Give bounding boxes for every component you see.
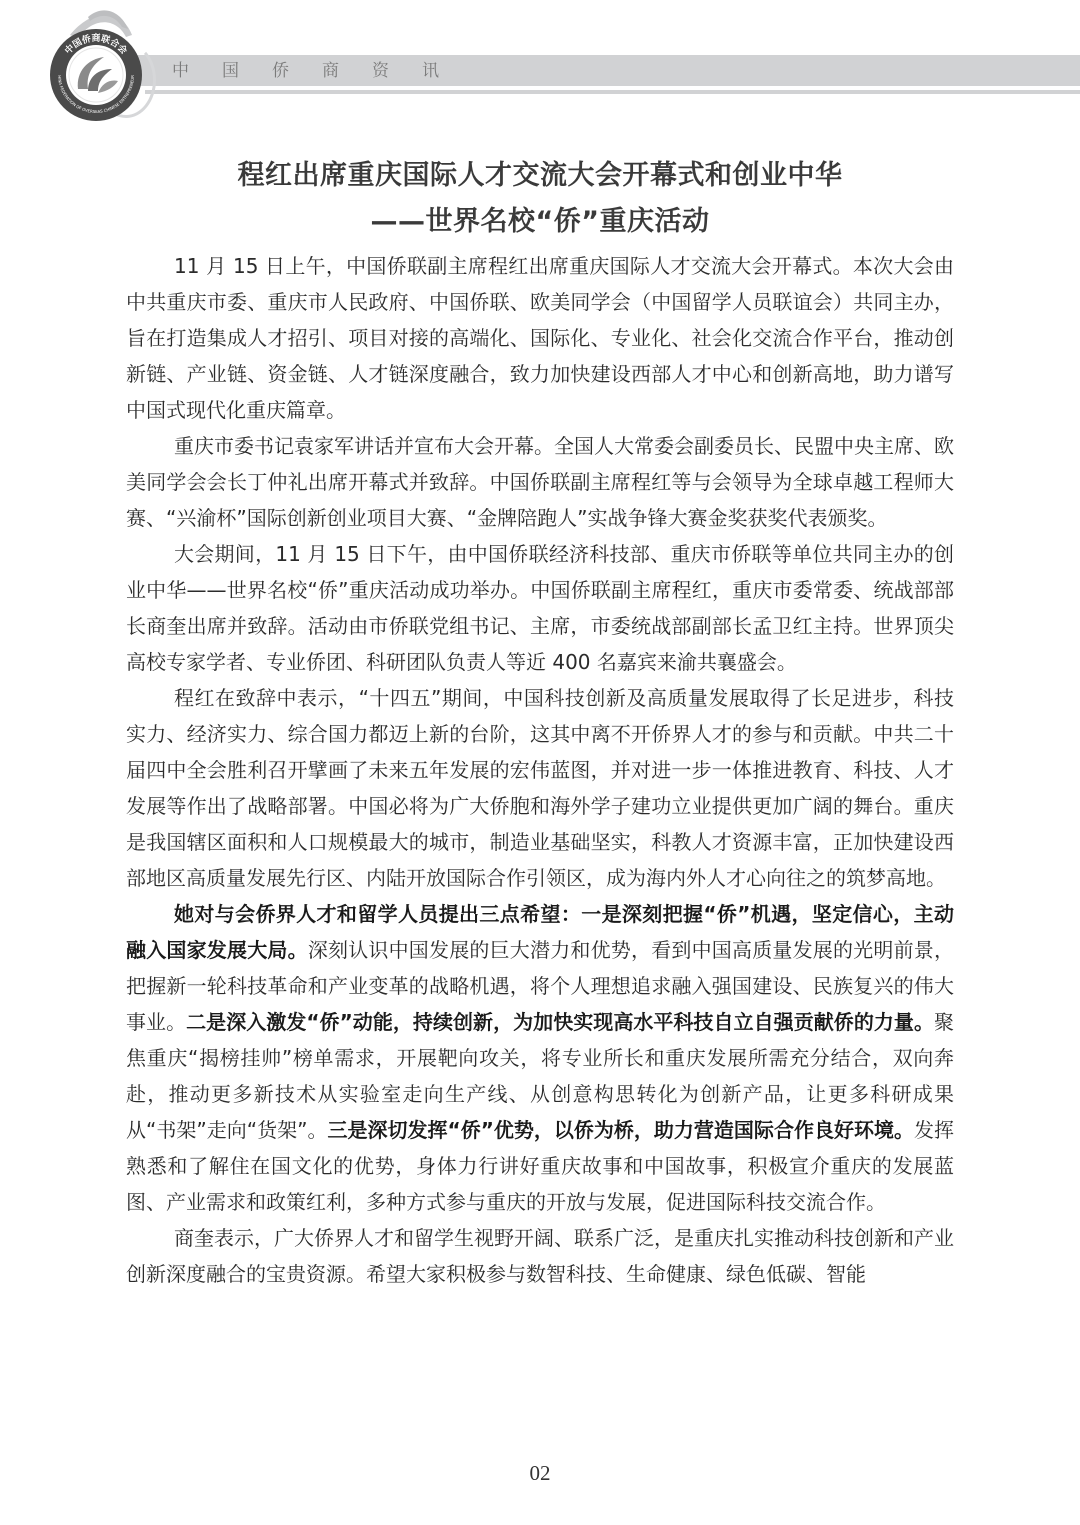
paragraph: 商奎表示，广大侨界人才和留学生视野开阔、联系广泛，是重庆扎实推动科技创新和产业创… [126, 1220, 954, 1292]
article-title-line-2: ——世界名校“侨”重庆活动 [0, 199, 1080, 238]
publication-title-char: 商 [322, 59, 372, 83]
paragraph: 程红在致辞中表示，“十四五”期间，中国科技创新及高质量发展取得了长足进步，科技实… [126, 680, 954, 896]
header-divider-line [145, 90, 1080, 94]
bold-segment: 三是深切发挥“侨”优势，以侨为桥，助力营造国际合作良好环境。 [328, 1118, 914, 1142]
paragraph: 11 月 15 日上午，中国侨联副主席程红出席重庆国际人才交流大会开幕式。本次大… [126, 248, 954, 428]
organization-logo-icon: 中国侨商联合会 CHINA FEDERATION OF OVERSEAS CHI… [48, 27, 144, 123]
article-title-line-1: 程红出席重庆国际人才交流大会开幕式和创业中华 [0, 153, 1080, 192]
paragraph: 重庆市委书记袁家军讲话并宣布大会开幕。全国人大常委会副委员长、民盟中央主席、欧美… [126, 428, 954, 536]
publication-title-char: 资 [372, 59, 422, 83]
paragraph: 大会期间，11 月 15 日下午，由中国侨联经济科技部、重庆市侨联等单位共同主办… [126, 536, 954, 680]
article-body: 11 月 15 日上午，中国侨联副主席程红出席重庆国际人才交流大会开幕式。本次大… [126, 248, 954, 1292]
paragraph-three-hopes: 她对与会侨界人才和留学人员提出三点希望：一是深刻把握“侨”机遇，坚定信心，主动融… [126, 896, 954, 1220]
publication-title-char: 侨 [272, 59, 322, 83]
publication-title-char: 讯 [422, 59, 472, 83]
publication-title-char: 国 [222, 59, 272, 83]
page-number: 02 [0, 1461, 1080, 1486]
bold-segment: 二是深入激发“侨”动能，持续创新，为加快实现高水平科技自立自强贡献侨的力量。 [186, 1010, 934, 1034]
publication-title: 中 国 侨 商 资 讯 [172, 59, 472, 83]
publication-title-char: 中 [172, 59, 222, 83]
